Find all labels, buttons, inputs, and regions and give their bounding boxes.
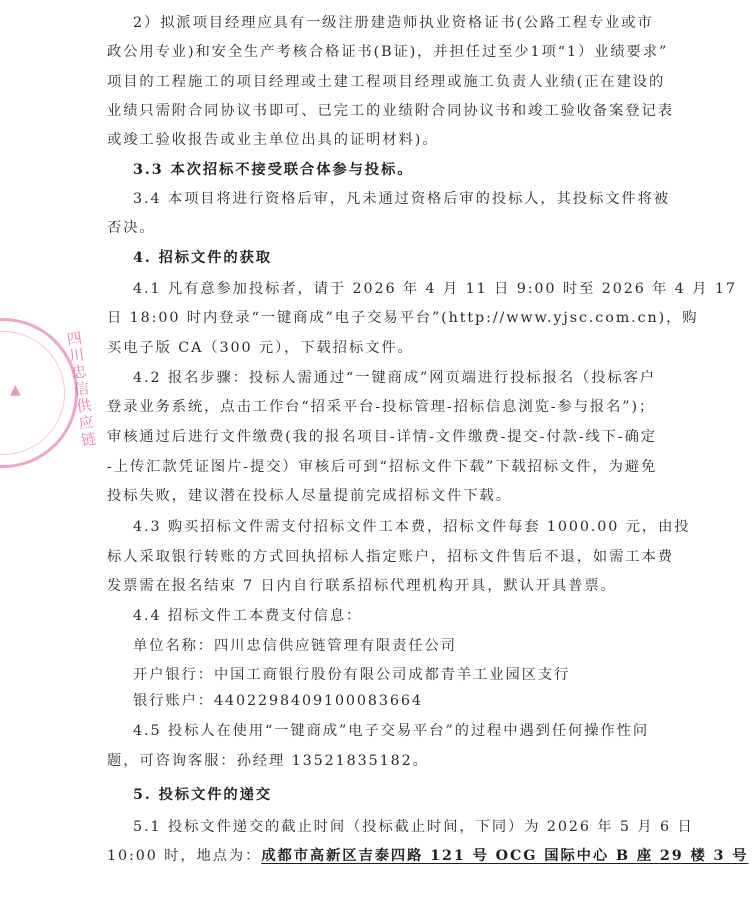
paragraph-line: 2）拟派项目经理应具有一级注册建造师执业资格证书(公路工程专业或市 bbox=[133, 13, 631, 33]
paragraph-line: 否决。 bbox=[107, 218, 631, 238]
section-heading-5: 5. 投标文件的递交 bbox=[133, 785, 631, 805]
paragraph-line: 登录业务系统，点击工作台“招采平台-投标管理-招标信息浏览-参与报名”)； bbox=[107, 397, 631, 417]
star-icon: ▲ bbox=[10, 382, 21, 398]
paragraph-line: 项目的工程施工的项目经理或土建工程项目经理或施工负责人业绩(正在建设的 bbox=[107, 72, 631, 92]
payee-name: 单位名称：四川忠信供应链管理有限责任公司 bbox=[133, 636, 631, 656]
paragraph-line: 发票需在报名结束 7 日内自行联系招标代理机构开具，默认开具普票。 bbox=[107, 576, 631, 596]
paragraph-line: 投标失败，建议潜在投标人尽量提前完成招标文件下载。 bbox=[107, 486, 631, 506]
paragraph-line: 审核通过后进行文件缴费(我的报名项目-详情-文件缴费-提交-付款-线下-确定 bbox=[107, 427, 631, 447]
clause-4-4: 4.4 招标文件工本费支付信息： bbox=[133, 606, 631, 626]
paragraph-line: 日 18:00 时内登录“一键商成”电子交易平台”(http://www.yjs… bbox=[107, 308, 631, 328]
clause-4-5: 4.5 投标人在使用“一键商成”电子交易平台”的过程中遇到任何操作性问 bbox=[133, 721, 631, 741]
bank-account: 银行账户：4402298409100083664 bbox=[133, 691, 631, 711]
paragraph-line: 业绩只需附合同协议书即可、已完工的业绩附合同协议书和竣工验收备案登记表 bbox=[107, 101, 631, 121]
clause-3-4: 3.4 本项目将进行资格后审，凡未通过资格后审的投标人，其投标文件将被 bbox=[133, 189, 631, 209]
paragraph-line: 标人采取银行转账的方式回执招标人指定账户，招标文件售后不退，如需工本费 bbox=[107, 547, 631, 567]
section-heading-4: 4. 招标文件的获取 bbox=[133, 248, 631, 268]
clause-3-3: 3.3 本次招标不接受联合体参与投标。 bbox=[133, 160, 631, 180]
submission-address: 成都市高新区吉泰四路 121 号 OCG 国际中心 B 座 29 楼 3 号 bbox=[261, 848, 748, 864]
paragraph-line: 或竣工验收报告或业主单位出具的证明材料)。 bbox=[107, 130, 631, 150]
paragraph-line: 题，可咨询客服：孙经理 13521835182。 bbox=[107, 751, 631, 771]
paragraph-line: 买电子版 CA（300 元），下载招标文件。 bbox=[107, 338, 631, 358]
bank-name: 开户银行：中国工商银行股份有限公司成都青羊工业园区支行 bbox=[133, 665, 631, 685]
document-page: 四川忠信供应链 ▲ 2）拟派项目经理应具有一级注册建造师执业资格证书(公路工程专… bbox=[0, 0, 752, 901]
paragraph-line: -上传汇款凭证图片-提交）审核后可到“招标文件下载”下载招标文件，为避免 bbox=[107, 457, 631, 477]
deadline-time-text: 10:00 时，地点为： bbox=[107, 848, 261, 864]
paragraph-line: 政公用专业)和安全生产考核合格证书(B证)，并担任过至少1项“1）业绩要求” bbox=[107, 42, 631, 62]
clause-5-1: 5.1 投标文件递交的截止时间（投标截止时间，下同）为 2026 年 5 月 6… bbox=[133, 817, 631, 837]
paragraph-line: 10:00 时，地点为：成都市高新区吉泰四路 121 号 OCG 国际中心 B … bbox=[107, 846, 631, 866]
clause-4-3: 4.3 购买招标文件需支付招标文件工本费，招标文件每套 1000.00 元，由投 bbox=[133, 517, 631, 537]
clause-4-2: 4.2 报名步骤：投标人需通过“一键商成”网页端进行投标报名（投标客户 bbox=[133, 368, 631, 388]
clause-4-1: 4.1 凡有意参加投标者，请于 2026 年 4 月 11 日 9:00 时至 … bbox=[133, 279, 631, 299]
